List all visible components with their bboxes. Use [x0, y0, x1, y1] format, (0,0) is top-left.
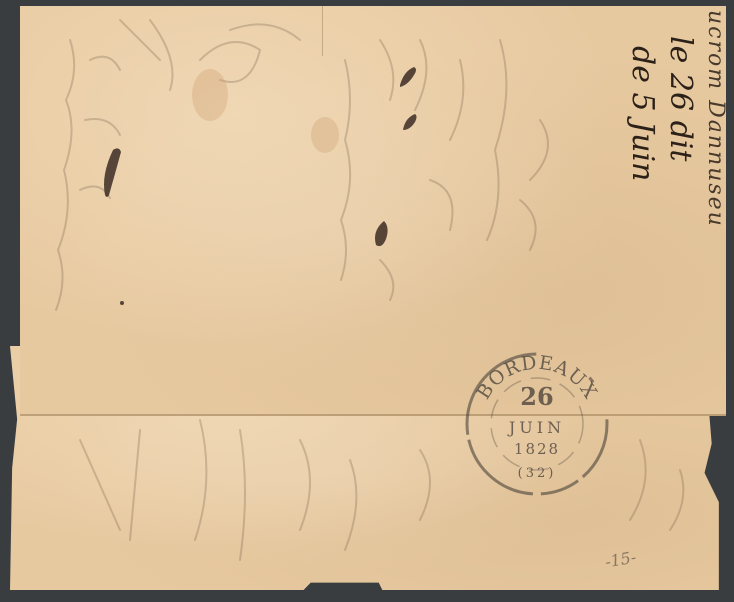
postmark-department: (32) — [462, 466, 612, 481]
postmark-day: 26 — [462, 382, 612, 411]
postmark-year: 1828 — [462, 440, 612, 458]
faded-handwriting — [0, 0, 734, 602]
bordeaux-postmark: BORDEAUX 26 JUIN 1828 (32) — [462, 344, 612, 502]
postmark-month: JUIN — [462, 418, 612, 437]
